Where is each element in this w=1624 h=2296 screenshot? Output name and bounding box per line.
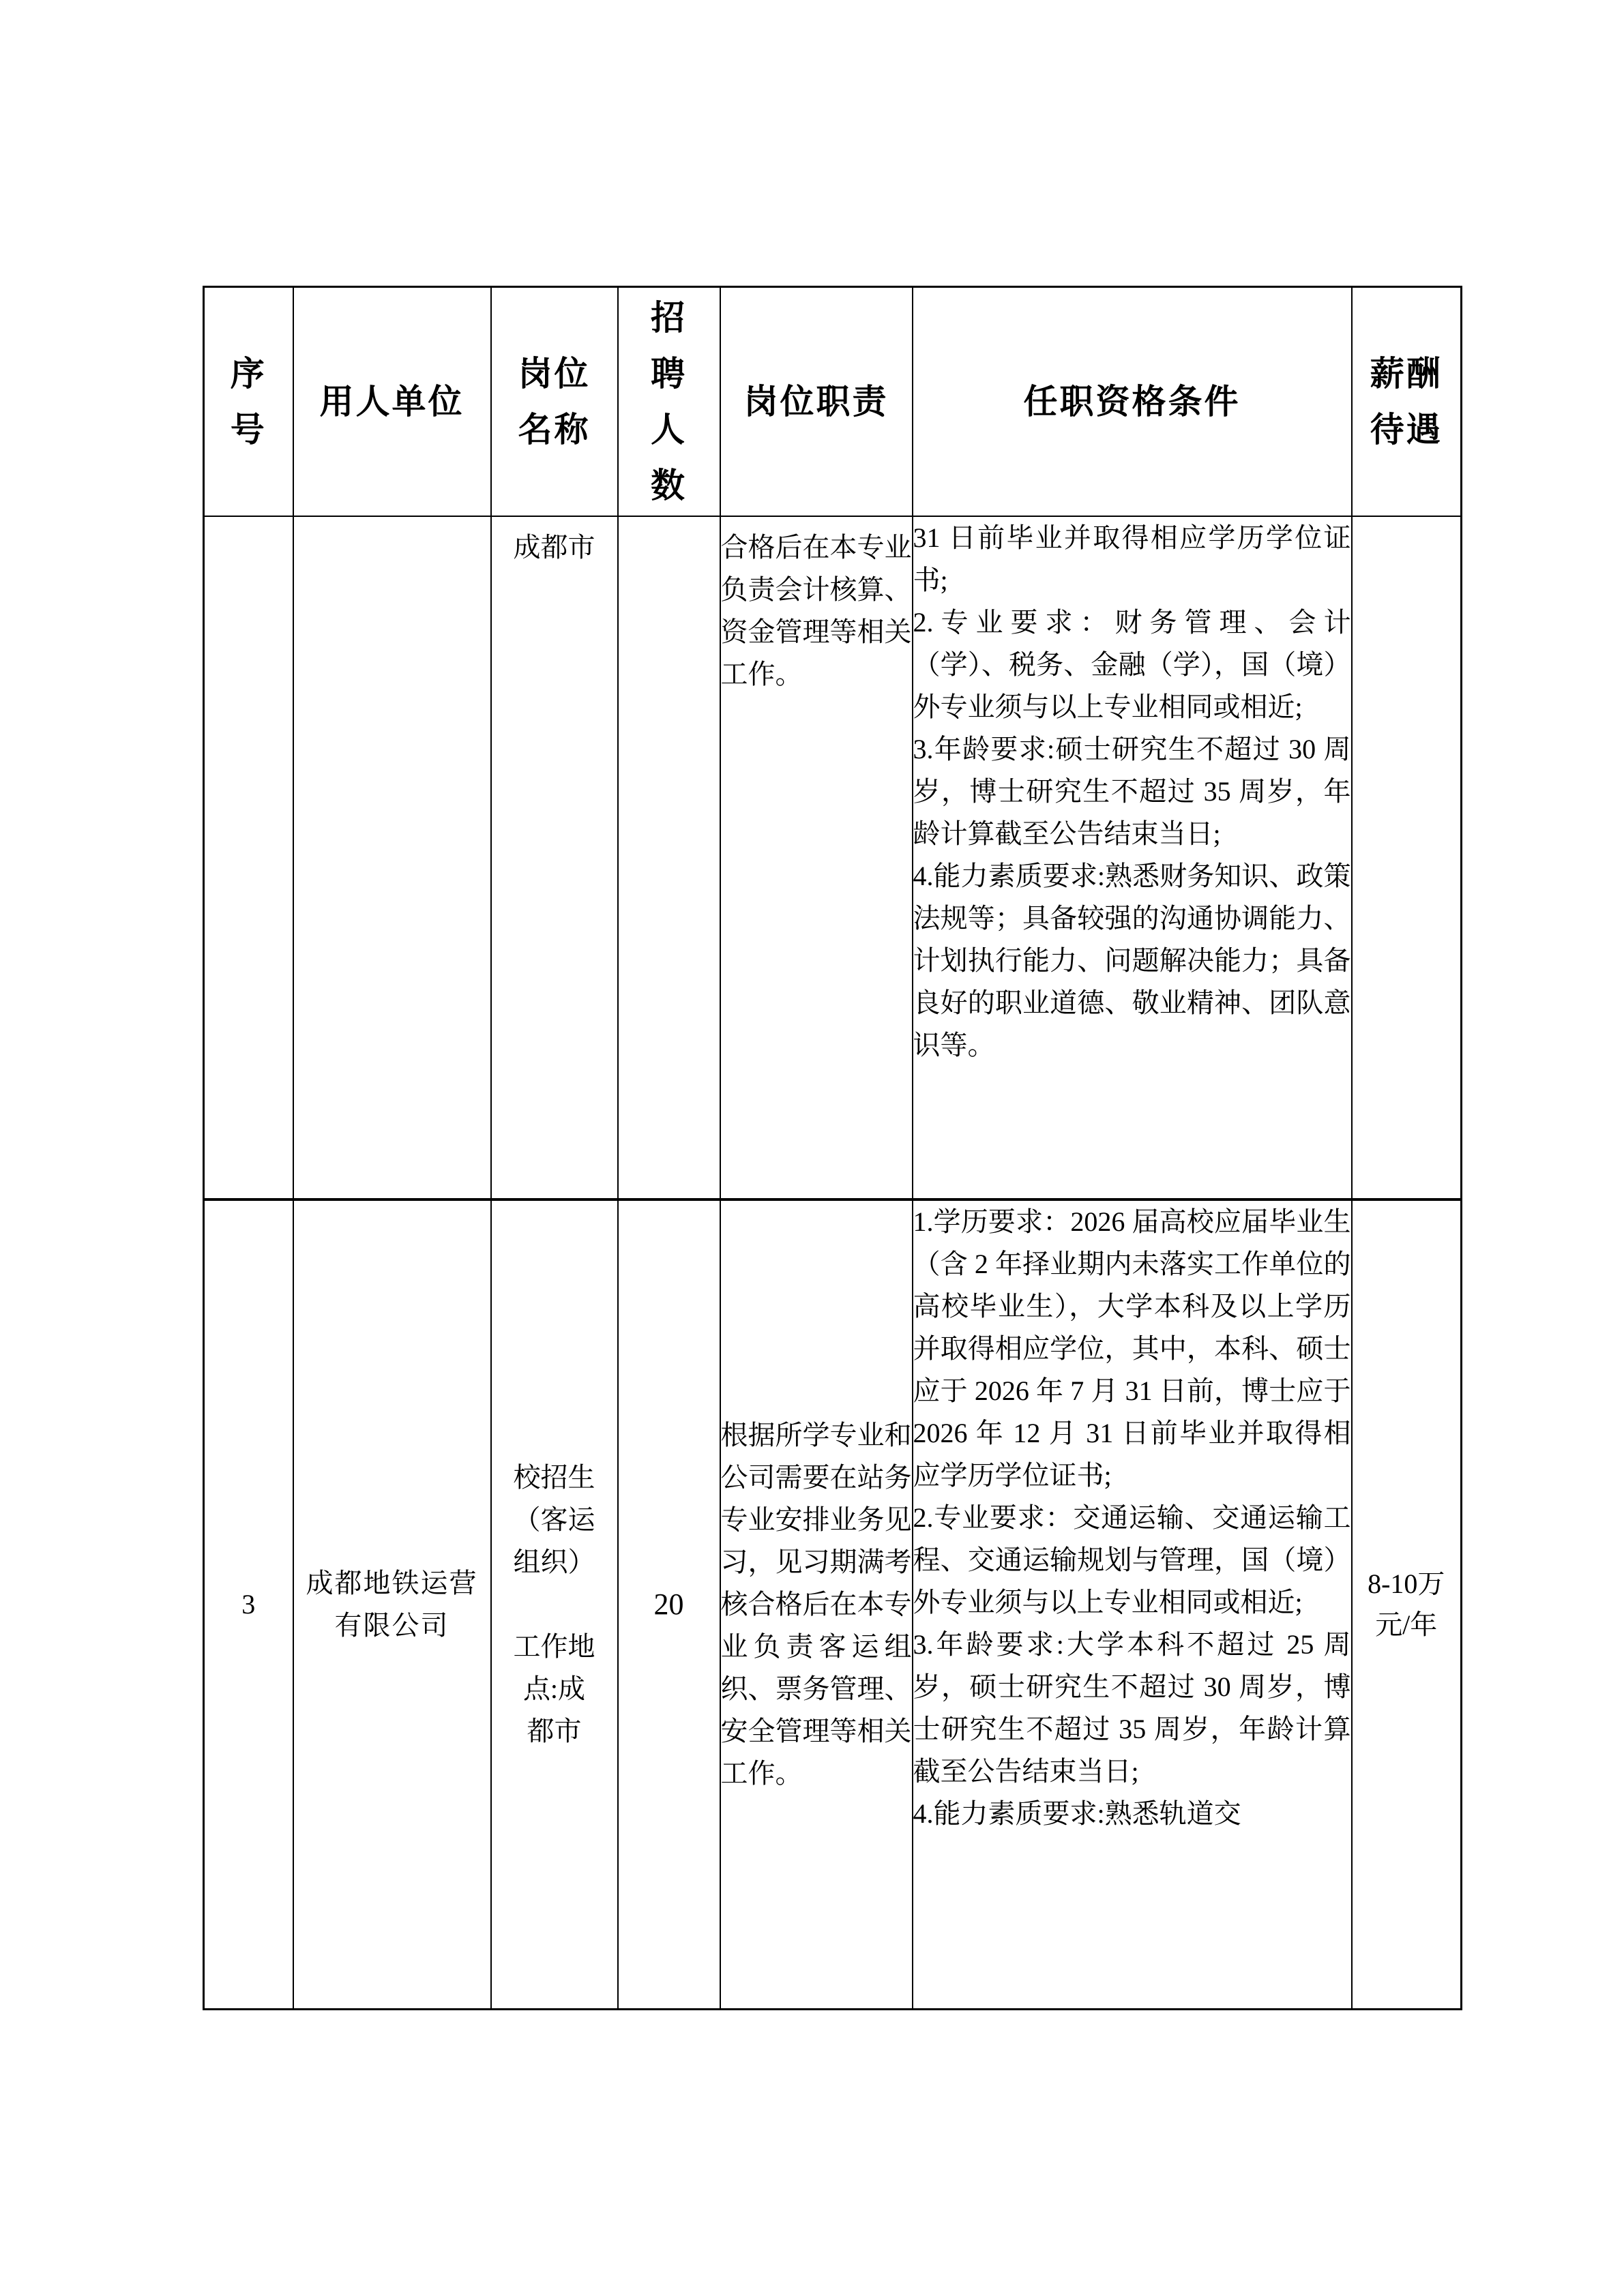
- cell-employer: [293, 516, 491, 1199]
- col-header-qualifications-label: 任职资格条件: [913, 374, 1351, 430]
- col-header-count-label: 招聘人数: [650, 290, 688, 513]
- cell-duties: 根据所学专业和公司需要在站务专业安排业务见习，见习期满考核合格后在本专业负责客运…: [720, 1199, 913, 2010]
- col-header-seq-label: 序号: [229, 346, 267, 458]
- position-name: 校招生（客运组织）: [513, 1457, 596, 1583]
- col-header-position-label: 岗位名称: [516, 346, 593, 458]
- cell-salary: [1352, 516, 1462, 1199]
- col-header-seq: 序号: [204, 287, 293, 516]
- col-header-position: 岗位名称: [491, 287, 618, 516]
- cell-qualifications: 1.学历要求：2026 届高校应届毕业生（含 2 年择业期内未落实工作单位的高校…: [913, 1199, 1352, 2010]
- col-header-count: 招聘人数: [618, 287, 720, 516]
- duties-text: 合格后在本专业负责会计核算、资金管理等相关工作。: [721, 526, 912, 696]
- duties-text: 根据所学专业和公司需要在站务专业安排业务见习，见习期满考核合格后在本专业负责客运…: [721, 1414, 912, 1795]
- cell-position: 校招生（客运组织） 工作地点:成都市: [491, 1199, 618, 2010]
- qualification-item: 2.专业要求：交通运输、交通运输工程、交通运输规划与管理，国（境）外专业须与以上…: [913, 1497, 1351, 1624]
- cell-position: 成都市: [491, 516, 618, 1199]
- recruitment-table: 序号 用人单位 岗位名称 招聘人数 岗位职责 任职资格条件 薪酬: [203, 286, 1462, 2010]
- document-page: 序号 用人单位 岗位名称 招聘人数 岗位职责 任职资格条件 薪酬: [0, 0, 1624, 2296]
- table-header-row: 序号 用人单位 岗位名称 招聘人数 岗位职责 任职资格条件 薪酬: [204, 287, 1462, 516]
- col-header-employer-label: 用人单位: [294, 374, 490, 430]
- cell-seq: 3: [204, 1199, 293, 2010]
- table-row-3: 3 成都地铁运营有限公司 校招生（客运组织） 工作地点:成都市 20 根据所学专…: [204, 1199, 1462, 2010]
- col-header-duties: 岗位职责: [720, 287, 913, 516]
- cell-recruit-count: 20: [618, 1199, 720, 2010]
- col-header-employer: 用人单位: [293, 287, 491, 516]
- qualification-item: 3.年龄要求:硕士研究生不超过 30 周岁，博士研究生不超过 35 周岁，年龄计…: [913, 728, 1351, 855]
- qualification-item: 31 日前毕业并取得相应学历学位证书;: [913, 517, 1351, 601]
- work-location: 工作地点:成都市: [513, 1626, 596, 1753]
- col-header-salary: 薪酬待遇: [1352, 287, 1462, 516]
- qualification-item: 3.年龄要求:大学本科不超过 25 周岁，硕士研究生不超过 30 周岁，博士研究…: [913, 1624, 1351, 1793]
- col-header-qualifications: 任职资格条件: [913, 287, 1352, 516]
- cell-qualifications: 31 日前毕业并取得相应学历学位证书; 2.专业要求：财务管理、会计（学）、税务…: [913, 516, 1352, 1199]
- cell-employer: 成都地铁运营有限公司: [293, 1199, 491, 2010]
- col-header-duties-label: 岗位职责: [721, 374, 912, 430]
- cell-seq: [204, 516, 293, 1199]
- cell-duties: 合格后在本专业负责会计核算、资金管理等相关工作。: [720, 516, 913, 1199]
- table-row-continuation: 成都市 合格后在本专业负责会计核算、资金管理等相关工作。 31 日前毕业并取得相…: [204, 516, 1462, 1199]
- cell-recruit-count: [618, 516, 720, 1199]
- qualification-item: 2.专业要求：财务管理、会计（学）、税务、金融（学），国（境）外专业须与以上专业…: [913, 601, 1351, 728]
- qualification-item: 4.能力素质要求:熟悉轨道交: [913, 1793, 1351, 1835]
- cell-salary: 8-10万元/年: [1352, 1199, 1462, 2010]
- col-header-salary-label: 薪酬待遇: [1368, 346, 1445, 458]
- qualification-item: 4.能力素质要求:熟悉财务知识、政策法规等；具备较强的沟通协调能力、计划执行能力…: [913, 855, 1351, 1067]
- qualification-item: 1.学历要求：2026 届高校应届毕业生（含 2 年择业期内未落实工作单位的高校…: [913, 1201, 1351, 1497]
- work-location: 成都市: [513, 526, 596, 569]
